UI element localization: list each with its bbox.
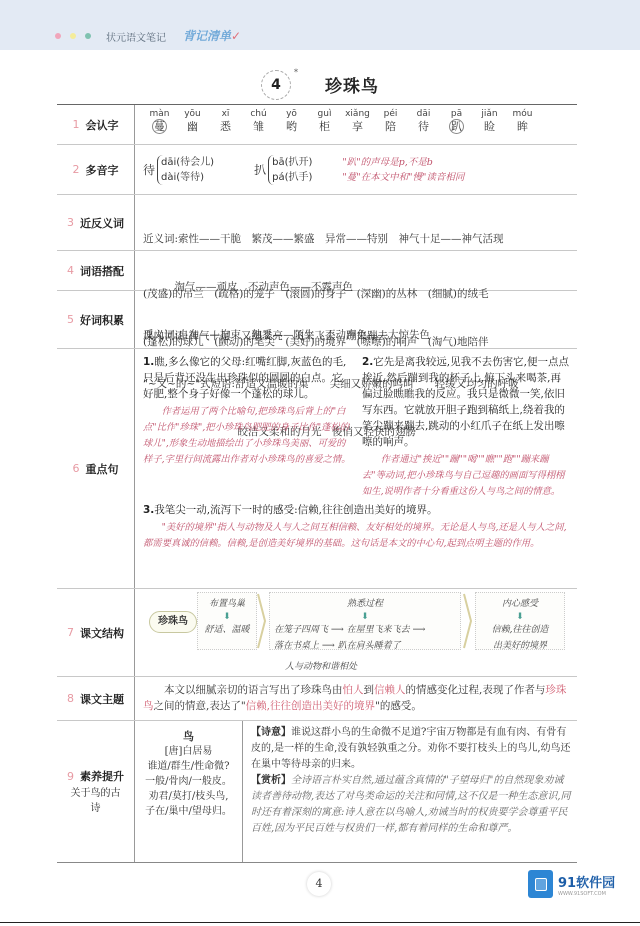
meaning-tag: 【诗意】 <box>251 727 291 738</box>
analysis-text: 全诗语言朴实自然,通过蕴含真情的"子望母归"的自然现象劝诫读者善待动物,表达了对… <box>251 775 571 834</box>
poem-author: [唐]白居易 <box>135 744 242 759</box>
row-label: 6重点句 <box>57 349 135 588</box>
row-label: 2多音字 <box>57 145 135 194</box>
logo-name: 91软件园 <box>558 872 615 891</box>
row-label: 7课文结构 <box>57 589 135 676</box>
row-label-text: 素养提升 <box>80 770 124 783</box>
box-line: 在笼子四周飞 ⟶ 在屋里飞来飞去 ⟶ <box>270 622 460 638</box>
row-structure: 7课文结构 珍珠鸟 布置鸟巢 ⬇ 舒适、温暖 熟悉过程 ⬇ 在笼子四周飞 ⟶ 在… <box>57 589 577 677</box>
row-label: 8课文主题 <box>57 677 135 720</box>
row-content: 1.瞧,多么像它的父母:红嘴红脚,灰蓝色的毛,只是后背还没生出珍珠似的圆圆的白点… <box>135 349 577 588</box>
meaning-text: 谁说这群小鸟的生命微不足道?宇宙万物都是有血有肉、有骨有皮的,是一样的生命,没有… <box>251 727 571 770</box>
sentence-number: 2. <box>362 356 373 368</box>
box-line: 落在书桌上 ⟶ 趴在肩头睡着了 <box>270 638 460 654</box>
structure-diagram: 珍珠鸟 布置鸟巢 ⬇ 舒适、温暖 熟悉过程 ⬇ 在笼子四周飞 ⟶ 在屋里飞来飞去… <box>135 589 577 677</box>
box-body: 舒适、温暖 <box>204 625 249 635</box>
row-label-text: 词语搭配 <box>80 263 124 279</box>
arrow-down-icon: ⬇ <box>476 612 564 622</box>
char-cell: yō哟 <box>275 108 308 134</box>
page-number: 4 <box>307 872 331 896</box>
analysis-tag: 【赏析】 <box>251 775 291 786</box>
row-number: 8 <box>67 692 74 705</box>
row-sublabel: 关于鸟的古诗 <box>71 786 121 816</box>
sentence-text: 1.瞧,多么像它的父母:红嘴红脚,灰蓝色的毛,只是后背还没生出珍珠似的圆圆的白点… <box>143 354 352 402</box>
star-icon: * <box>294 68 298 77</box>
pinyin: jiǎn <box>473 108 506 120</box>
sentence-body: 瞧,多么像它的父母:红嘴红脚,灰蓝色的毛,只是后背还没生出珍珠似的圆圆的白点。它… <box>143 356 346 400</box>
sentence-note: 作者运用了两个比喻句,把珍珠鸟后背上的"白点"比作"珍珠",把小珍珠鸟肥肥的身子… <box>143 404 352 468</box>
reading: dài(等待) <box>161 170 214 185</box>
row-key-sentences: 6重点句 1.瞧,多么像它的父母:红嘴红脚,灰蓝色的毛,只是后背还没生出珍珠似的… <box>57 349 577 589</box>
poem-line: 谁道/群生/性命微? <box>135 759 242 774</box>
pinyin: péi <box>374 108 407 120</box>
poem-analysis: 【诗意】谁说这群小鸟的生命微不足道?宇宙万物都是有血有肉、有骨有皮的,是一样的生… <box>243 721 577 862</box>
poem-meaning: 【诗意】谁说这群小鸟的生命微不足道?宇宙万物都是有血有肉、有骨有皮的,是一样的生… <box>251 725 571 773</box>
poem-line: 一般/骨肉/一般皮。 <box>135 774 242 789</box>
pinyin: guì <box>308 108 341 120</box>
row-good-words: 5好词积累 课内词语:神气十足 又细又亮 飞来飞去 蹦来蹦去 "~又~的~"式短… <box>57 291 577 349</box>
lesson-title: 珍珠鸟 <box>325 72 379 97</box>
box-line: 出美好的境界 <box>476 638 564 654</box>
polyphonic-list: 待 dāi(待会儿) dài(等待) 扒 bā(扒开) pá(扒手) "趴"的声… <box>143 148 571 192</box>
sentence-body: 它先是离我较远,见我不去伤害它,便一点点挨近,然后蹦到我的杯子上,俯下头来喝茶,… <box>362 356 569 448</box>
pinyin: yōu <box>176 108 209 120</box>
poem-appreciation: 【赏析】全诗语言朴实自然,通过蕴含真情的"子望母归"的自然现象劝诫读者善待动物,… <box>251 773 571 837</box>
polyphonic-group: 扒 bā(扒开) pá(扒手) <box>254 155 312 185</box>
row-number: 7 <box>67 626 74 639</box>
row-label-text: 课文结构 <box>80 625 124 641</box>
theme-highlight: 信赖人 <box>374 684 406 696</box>
character: 哟 <box>275 120 308 134</box>
row-label-text: 多音字 <box>86 162 119 178</box>
section-tag-text: 背记清单 <box>183 29 231 43</box>
char-cell: yōu幽 <box>176 108 209 134</box>
char-cell: guì柜 <box>308 108 341 134</box>
char-cell: móu眸 <box>506 108 539 134</box>
key-sentence-1: 1.瞧,多么像它的父母:红嘴红脚,灰蓝色的毛,只是后背还没生出珍珠似的圆圆的白点… <box>143 354 352 500</box>
sentence-text: 3.我笔尖一动,流泻下一时的感受:信赖,往往创造出美好的境界。 <box>143 502 571 518</box>
row-label-text: 重点句 <box>86 461 119 477</box>
char-cell: xiǎng享 <box>341 108 374 134</box>
watermark-logo: 91软件园 WWW.91SOFT.COM <box>528 870 615 898</box>
row-content: 近义词:索性——干脆 繁茂——繁盛 异常——特别 神气十足——神气活现 淘气——… <box>135 195 577 250</box>
chevron-right-icon <box>463 592 473 650</box>
row-label: 3近反义词 <box>57 195 135 250</box>
polyphonic-char: 待 <box>143 162 155 178</box>
theme-text: 本文以细腻亲切的语言写出了珍珠鸟由 <box>164 684 343 696</box>
diagram-footer: 人与动物和谐相处 <box>285 659 357 675</box>
row-label-text: 会认字 <box>86 117 119 133</box>
character: 待 <box>407 120 440 134</box>
box-heading: 熟悉过程 <box>270 596 460 612</box>
row-content: 珍珠鸟 布置鸟巢 ⬇ 舒适、温暖 熟悉过程 ⬇ 在笼子四周飞 ⟶ 在屋里飞来飞去… <box>135 589 577 676</box>
key-sentence-columns: 1.瞧,多么像它的父母:红嘴红脚,灰蓝色的毛,只是后背还没生出珍珠似的圆圆的白点… <box>143 354 571 500</box>
logo-url: WWW.91SOFT.COM <box>558 891 615 897</box>
row-theme: 8课文主题 本文以细腻亲切的语言写出了珍珠鸟由怕人到信赖人的情感变化过程,表现了… <box>57 677 577 721</box>
sentence-text: 2.它先是离我较远,见我不去伤害它,便一点点挨近,然后蹦到我的杯子上,俯下头来喝… <box>362 354 571 450</box>
dot-pink <box>55 33 61 39</box>
poem-line: 子在/巢中/望母归。 <box>135 804 242 819</box>
char-cell: dāi待 <box>407 108 440 134</box>
arrow-down-icon: ⬇ <box>270 612 460 622</box>
row-content: 课内词语:神气十足 又细又亮 飞来飞去 蹦来蹦去 "~又~的~"式短语:舒适又温… <box>135 291 577 348</box>
character: 柜 <box>308 120 341 134</box>
theme-text: 到 <box>364 684 375 696</box>
text-line: 近义词:索性——干脆 繁茂——繁盛 异常——特别 神气十足——神气活现 <box>143 231 571 247</box>
row-recognize-chars: 1会认字 màn蔓 yōu幽 xī悉 chú雏 yō哟 guì柜 xiǎng享 … <box>57 105 577 145</box>
logo-text: 91软件园 WWW.91SOFT.COM <box>558 872 615 897</box>
row-label-text: 好词积累 <box>80 312 124 328</box>
arrow-down-icon: ⬇ <box>198 612 256 622</box>
row-label-text: 课文主题 <box>80 691 124 707</box>
theme-text: 的情感变化过程,表现了作者与 <box>406 684 546 696</box>
row-number: 5 <box>67 313 74 326</box>
row-number: 1 <box>73 118 80 131</box>
sentence-note: "美好的境界"指人与动物及人与人之间互相信赖、友好相处的境界。无论是人与鸟,还是… <box>143 520 571 552</box>
theme-highlight: 怕人 <box>343 684 364 696</box>
character: 陪 <box>374 120 407 134</box>
poem-line: 劝君/莫打/枝头鸟, <box>135 789 242 804</box>
header-bar: 状元语文笔记 背记清单✓ <box>0 0 640 50</box>
row-content: 待 dāi(待会儿) dài(等待) 扒 bā(扒开) pá(扒手) "趴"的声… <box>135 145 577 194</box>
sentence-note: 作者通过"挨近""蹦""喝""瞧""跑""蹦来蹦去"等动词,把小珍珠鸟与自己逗趣… <box>362 452 571 500</box>
theme-text: 之间的情意,表达了" <box>154 700 246 712</box>
note-line: "趴"的声母是p,不是b <box>342 155 464 170</box>
row-content: 本文以细腻亲切的语言写出了珍珠鸟由怕人到信赖人的情感变化过程,表现了作者与珍珠鸟… <box>135 677 577 720</box>
character: 睑 <box>473 120 506 134</box>
section-tag: 背记清单✓ <box>183 27 241 44</box>
character: 雏 <box>242 120 275 134</box>
note-line: "蔓"在本文中和"慢"读音相同 <box>342 170 464 185</box>
char-cell: màn蔓 <box>143 108 176 134</box>
pinyin: xiǎng <box>341 108 374 120</box>
sentence-number: 3. <box>143 504 154 516</box>
row-label: 1会认字 <box>57 105 135 144</box>
key-sentence-3: 3.我笔尖一动,流泻下一时的感受:信赖,往往创造出美好的境界。 "美好的境界"指… <box>143 502 571 552</box>
row-number: 3 <box>67 216 74 229</box>
box-line: 信赖,往往创造 <box>476 622 564 638</box>
character: 眸 <box>506 120 539 134</box>
lesson-number-badge: 4 <box>261 70 291 100</box>
row-number: 9 <box>67 770 74 783</box>
dot-teal <box>85 33 91 39</box>
box-heading: 内心感受 <box>476 596 564 612</box>
reading: dāi(待会儿) <box>161 155 214 170</box>
character-circled: 蔓 <box>152 119 167 134</box>
row-label: 4词语搭配 <box>57 251 135 290</box>
pinyin: móu <box>506 108 539 120</box>
poem-title: 鸟 <box>135 729 242 744</box>
box-feeling: 内心感受 ⬇ 信赖,往往创造 出美好的境界 <box>475 592 565 650</box>
box-process: 熟悉过程 ⬇ 在笼子四周飞 ⟶ 在屋里飞来飞去 ⟶ 落在书桌上 ⟶ 趴在肩头睡着… <box>269 592 461 650</box>
theme-highlight: 信赖,往往创造出美好的境界 <box>246 700 375 712</box>
decorative-dots <box>55 33 91 39</box>
char-cell: xī悉 <box>209 108 242 134</box>
polyphonic-group: 待 dāi(待会儿) dài(等待) <box>143 155 214 185</box>
theme-text: "的感受。 <box>375 700 422 712</box>
reading: bā(扒开) <box>272 155 312 170</box>
brand-name: 状元语文笔记 <box>106 29 166 44</box>
character-circled: 趴 <box>449 119 464 134</box>
sentence-number: 1. <box>143 356 154 368</box>
brace: bā(扒开) pá(扒手) <box>268 155 312 185</box>
character: 幽 <box>176 120 209 134</box>
char-cell: chú雏 <box>242 108 275 134</box>
row-content: (茂盛)的吊兰 (疏格)的笼子 (滚圆)的身子 (深幽)的丛林 (细腻)的绒毛 … <box>135 251 577 290</box>
character: 享 <box>341 120 374 134</box>
pinyin: chú <box>242 108 275 120</box>
row-number: 4 <box>67 264 74 277</box>
row-content: màn蔓 yōu幽 xī悉 chú雏 yō哟 guì柜 xiǎng享 péi陪 … <box>135 105 577 144</box>
cube-logo-icon <box>528 870 553 898</box>
box-nest: 布置鸟巢 ⬇ 舒适、温暖 <box>197 592 257 650</box>
row-label: 9素养提升 关于鸟的古诗 <box>57 721 135 862</box>
brace: dāi(待会儿) dài(等待) <box>157 155 214 185</box>
polyphonic-char: 扒 <box>254 162 266 178</box>
key-sentence-2: 2.它先是离我较远,见我不去伤害它,便一点点挨近,然后蹦到我的杯子上,俯下头来喝… <box>362 354 571 500</box>
reading: pá(扒手) <box>272 170 312 185</box>
pinyin-grid: màn蔓 yōu幽 xī悉 chú雏 yō哟 guì柜 xiǎng享 péi陪 … <box>143 108 571 134</box>
dot-yellow <box>70 33 76 39</box>
row-polyphonic: 2多音字 待 dāi(待会儿) dài(等待) 扒 bā(扒开) pá(扒手) <box>57 145 577 195</box>
notes-table: 1会认字 màn蔓 yōu幽 xī悉 chú雏 yō哟 guì柜 xiǎng享 … <box>57 104 577 863</box>
row-enrichment: 9素养提升 关于鸟的古诗 鸟 [唐]白居易 谁道/群生/性命微? 一般/骨肉/一… <box>57 721 577 863</box>
lesson-title-row: 4 * 珍珠鸟 <box>0 68 640 104</box>
char-cell: pā趴 <box>440 108 473 134</box>
pinyin: dāi <box>407 108 440 120</box>
row-synonyms-antonyms: 3近反义词 近义词:索性——干脆 繁茂——繁盛 异常——特别 神气十足——神气活… <box>57 195 577 251</box>
character: 悉 <box>209 120 242 134</box>
row-word-pairing: 4词语搭配 (茂盛)的吊兰 (疏格)的笼子 (滚圆)的身子 (深幽)的丛林 (细… <box>57 251 577 291</box>
row-number: 2 <box>73 163 80 176</box>
box-heading: 布置鸟巢 <box>198 596 256 612</box>
pinyin: yō <box>275 108 308 120</box>
char-cell: jiǎn睑 <box>473 108 506 134</box>
row-label: 5好词积累 <box>57 291 135 348</box>
poem-block: 鸟 [唐]白居易 谁道/群生/性命微? 一般/骨肉/一般皮。 劝君/莫打/枝头鸟… <box>135 721 243 862</box>
char-cell: péi陪 <box>374 108 407 134</box>
center-node: 珍珠鸟 <box>149 611 197 633</box>
pinyin: xī <box>209 108 242 120</box>
handwritten-note: "趴"的声母是p,不是b "蔓"在本文中和"慢"读音相同 <box>342 155 464 185</box>
row-label-text: 近反义词 <box>80 215 124 231</box>
sentence-body: 我笔尖一动,流泻下一时的感受:信赖,往往创造出美好的境界。 <box>154 504 437 516</box>
text-line: 课内词语:神气十足 又细又亮 飞来飞去 蹦来蹦去 <box>143 328 571 344</box>
bottom-border <box>0 922 640 926</box>
check-icon: ✓ <box>231 29 241 43</box>
row-number: 6 <box>73 462 80 475</box>
chevron-right-icon <box>257 592 267 650</box>
